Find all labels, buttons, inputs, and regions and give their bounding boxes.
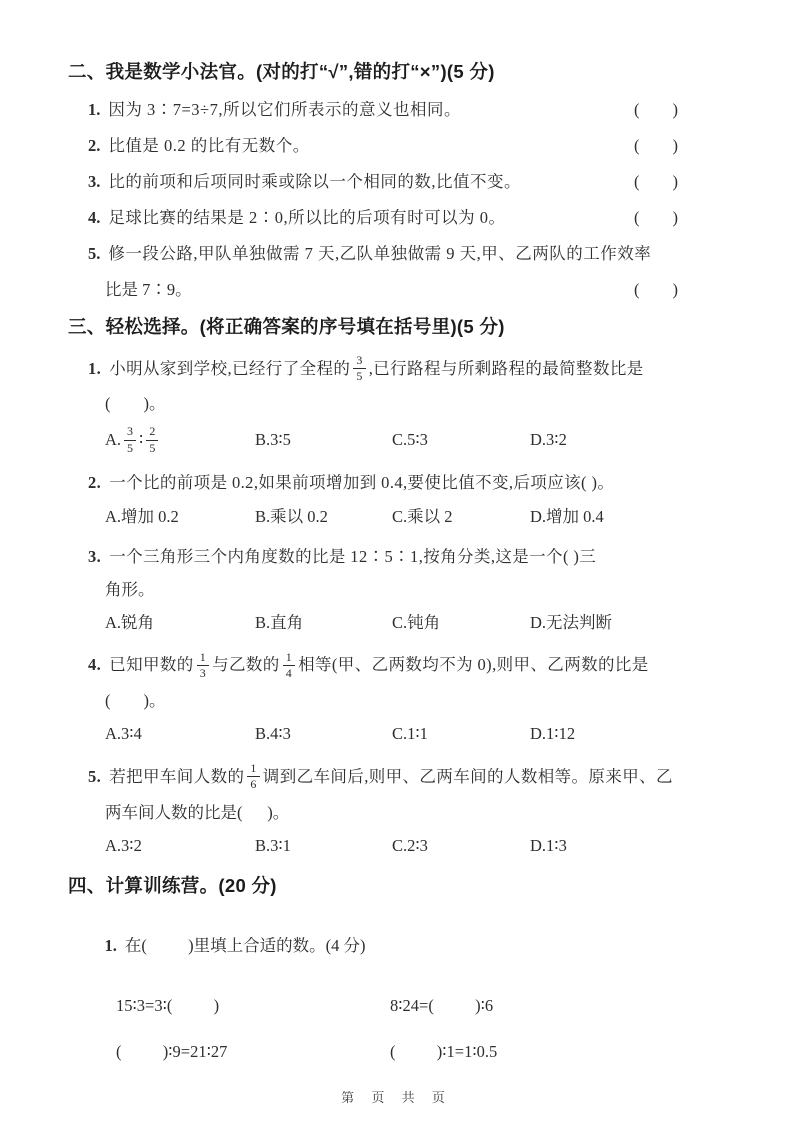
answer-bracket: ( ) [634, 135, 678, 157]
tf-item-5-line1: 5. 修一段公路,甲队单独做需 7 天,乙队单独做需 9 天,甲、乙两队的工作效… [88, 243, 678, 265]
tf-item-3: 3. 比的前项和后项同时乘或除以一个相同的数,比值不变。 ( ) [88, 171, 678, 193]
tf-item-text: 因为 3∶7=3÷7,所以它们所表示的意义也相同。 [108, 99, 461, 121]
mc-question-1: 1. 小明从家到学校,已经行了全程的 35 ,已行路程与所剩路程的最简整数比是 … [68, 354, 678, 455]
answer-bracket-line: ( )。 [105, 690, 678, 712]
question-number: 3. [88, 545, 101, 569]
option-label: A. [105, 428, 121, 452]
section3-title: 三、轻松选择。(将正确答案的序号填在括号里)(5 分) [68, 315, 678, 339]
stem-text: 调到乙车间后,则甲、乙两车间的人数相等。原来甲、乙 [263, 765, 673, 789]
tf-item-text: 比是 7∶9。 [105, 279, 192, 301]
ratio-separator: ∶ [139, 428, 143, 452]
stem-text: 一个三角形三个内角度数的比是 12∶5∶1,按角分类,这是一个( )三 [109, 545, 596, 569]
tf-item-text: 足球比赛的结果是 2∶0,所以比的后项有时可以为 0。 [108, 207, 505, 229]
stem-text: ,已行路程与所剩路程的最简整数比是 [369, 357, 644, 381]
fraction: 14 [283, 651, 295, 680]
option-a: A.3∶4 [105, 722, 255, 746]
fill-equation: ( )∶9=21∶27 [116, 1041, 390, 1063]
option-a: A.增加 0.2 [105, 505, 255, 529]
stem-text: 一个比的前项是 0.2,如果前项增加到 0.4,要使比值不变,后项应该( )。 [109, 471, 614, 495]
tf-item-text: 比的前项和后项同时乘或除以一个相同的数,比值不变。 [108, 171, 521, 193]
tf-item-number: 4. [88, 207, 100, 229]
mc-question-4: 4. 已知甲数的 13 与乙数的 14 相等(甲、乙两数均不为 0),则甲、乙两… [68, 651, 678, 746]
question-number: 2. [88, 471, 101, 495]
options-row: A.增加 0.2 B.乘以 0.2 C.乘以 2 D.增加 0.4 [105, 505, 678, 529]
option-a: A. 35 ∶ 25 [105, 425, 255, 454]
stem-text: 相等(甲、乙两数均不为 0),则甲、乙两数的比是 [298, 653, 649, 677]
option-b: B.3∶5 [255, 428, 392, 452]
mc-question-2: 2. 一个比的前项是 0.2,如果前项增加到 0.4,要使比值不变,后项应该( … [68, 471, 678, 529]
option-d: D.1∶12 [530, 722, 678, 746]
mc-question-3: 3. 一个三角形三个内角度数的比是 12∶5∶1,按角分类,这是一个( )三 角… [68, 545, 678, 635]
stem-text: 若把甲车间人数的 [109, 765, 244, 789]
stem-text-line2: 两车间人数的比是( )。 [105, 802, 678, 824]
mc-question-5: 5. 若把甲车间人数的 16 调到乙车间后,则甲、乙两车间的人数相等。原来甲、乙… [68, 762, 678, 857]
option-b: B.3∶1 [255, 834, 392, 858]
calc-row-2: ( )∶9=21∶27 ( )∶1=1∶0.5 [116, 1041, 678, 1063]
question-stem: 1. 小明从家到学校,已经行了全程的 35 ,已行路程与所剩路程的最简整数比是 [88, 354, 678, 383]
tf-item-4: 4. 足球比赛的结果是 2∶0,所以比的后项有时可以为 0。 ( ) [88, 207, 678, 229]
question-number: 4. [88, 653, 101, 677]
tf-item-number: 2. [88, 135, 100, 157]
tf-item-5-line2: 比是 7∶9。 ( ) [105, 279, 678, 301]
tf-item-2: 2. 比值是 0.2 的比有无数个。 ( ) [88, 135, 678, 157]
question-number: 5. [88, 765, 101, 789]
tf-item-number: 5. [88, 243, 100, 265]
option-d: D.3∶2 [530, 428, 678, 452]
answer-bracket: ( ) [634, 279, 678, 301]
option-b: B.乘以 0.2 [255, 505, 392, 529]
option-d: D.增加 0.4 [530, 505, 678, 529]
stem-text: 已知甲数的 [109, 653, 194, 677]
question-stem: 5. 若把甲车间人数的 16 调到乙车间后,则甲、乙两车间的人数相等。原来甲、乙 [88, 762, 678, 791]
options-row: A. 35 ∶ 25 B.3∶5 C.5∶3 D.3∶2 [105, 425, 678, 454]
tf-item-number: 3. [88, 171, 100, 193]
option-c: C.5∶3 [392, 428, 530, 452]
option-c: C.1∶1 [392, 722, 530, 746]
answer-bracket-line: ( )。 [105, 393, 678, 415]
question-stem: 2. 一个比的前项是 0.2,如果前项增加到 0.4,要使比值不变,后项应该( … [88, 471, 678, 495]
calc-item-1: 1.在( )里填上合适的数。(4 分) [88, 913, 678, 979]
question-stem: 3. 一个三角形三个内角度数的比是 12∶5∶1,按角分类,这是一个( )三 [88, 545, 678, 569]
option-d: D.无法判断 [530, 611, 678, 635]
option-b: B.直角 [255, 611, 392, 635]
question-number: 1. [88, 357, 101, 381]
fill-equation: ( )∶1=1∶0.5 [390, 1041, 497, 1063]
stem-text-line2: 角形。 [105, 579, 678, 601]
option-d: D.1∶3 [530, 834, 678, 858]
options-row: A.锐角 B.直角 C.钝角 D.无法判断 [105, 611, 678, 635]
option-c: C.钝角 [392, 611, 530, 635]
fill-equation: 8∶24=( )∶6 [390, 995, 493, 1017]
tf-item-text: 比值是 0.2 的比有无数个。 [108, 135, 309, 157]
calc-item-number: 1. [105, 936, 117, 955]
option-b: B.4∶3 [255, 722, 392, 746]
tf-item-number: 1. [88, 99, 100, 121]
option-c: C.乘以 2 [392, 505, 530, 529]
option-c: C.2∶3 [392, 834, 530, 858]
worksheet-page: 二、我是数学小法官。(对的打“√”,错的打“×”)(5 分) 1. 因为 3∶7… [0, 0, 793, 1122]
calc-row-1: 15∶3=3∶( ) 8∶24=( )∶6 [116, 995, 678, 1017]
answer-bracket: ( ) [634, 171, 678, 193]
section4-title: 四、计算训练营。(20 分) [68, 874, 678, 898]
page-footer: 第 页 共 页 [0, 1087, 793, 1106]
option-a: A.3∶2 [105, 834, 255, 858]
fraction: 13 [197, 651, 209, 680]
answer-bracket: ( ) [634, 99, 678, 121]
fraction: 16 [247, 762, 259, 791]
options-row: A.3∶2 B.3∶1 C.2∶3 D.1∶3 [105, 834, 678, 858]
fraction: 35 [353, 354, 365, 383]
fraction: 25 [146, 425, 158, 454]
tf-item-1: 1. 因为 3∶7=3÷7,所以它们所表示的意义也相同。 ( ) [88, 99, 678, 121]
fraction: 35 [124, 425, 136, 454]
answer-bracket: ( ) [634, 207, 678, 229]
options-row: A.3∶4 B.4∶3 C.1∶1 D.1∶12 [105, 722, 678, 746]
tf-item-text: 修一段公路,甲队单独做需 7 天,乙队单独做需 9 天,甲、乙两队的工作效率 [108, 243, 651, 265]
section2-title: 二、我是数学小法官。(对的打“√”,错的打“×”)(5 分) [68, 60, 678, 84]
question-stem: 4. 已知甲数的 13 与乙数的 14 相等(甲、乙两数均不为 0),则甲、乙两… [88, 651, 678, 680]
stem-text: 与乙数的 [212, 653, 280, 677]
option-a: A.锐角 [105, 611, 255, 635]
stem-text: 小明从家到学校,已经行了全程的 [109, 357, 350, 381]
fill-equation: 15∶3=3∶( ) [116, 995, 390, 1017]
calc-item-text: 在( )里填上合适的数。(4 分) [125, 936, 366, 955]
